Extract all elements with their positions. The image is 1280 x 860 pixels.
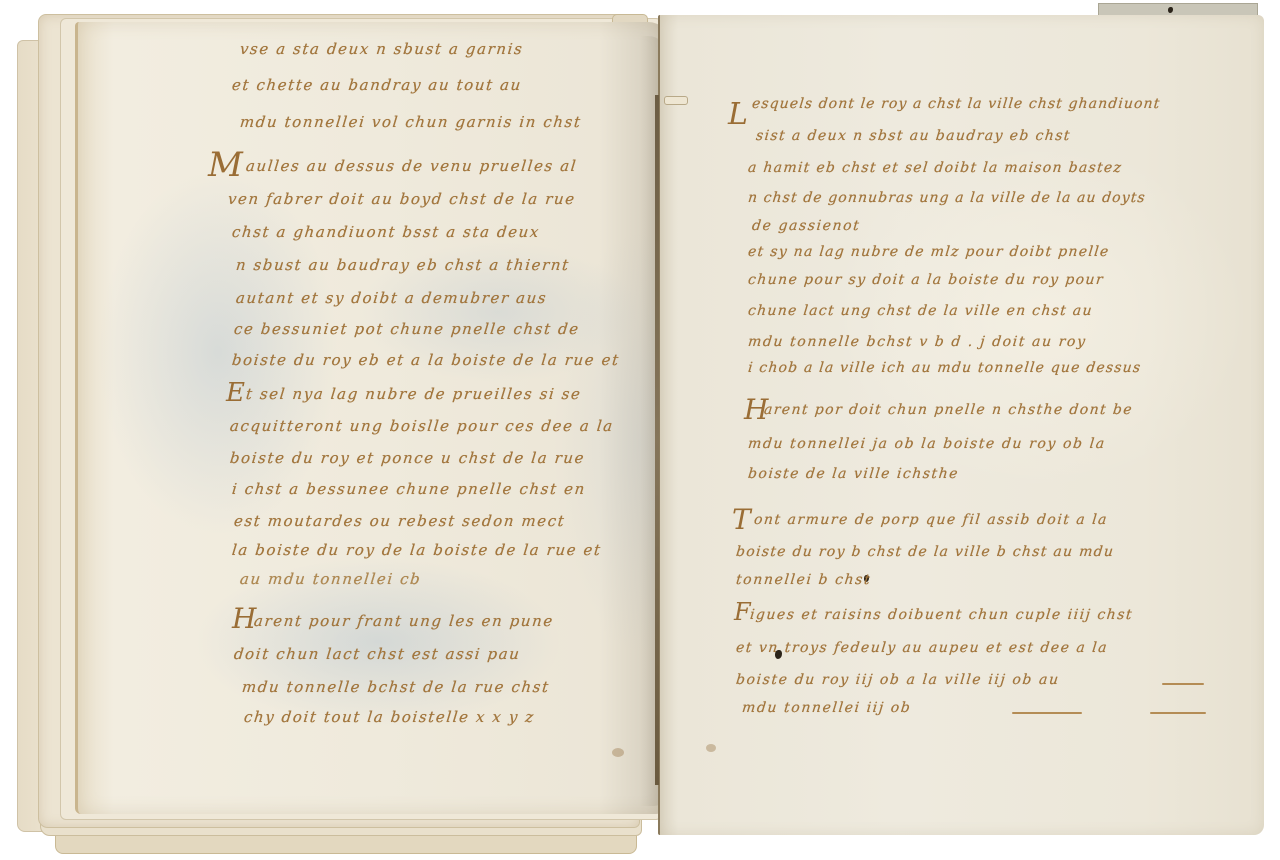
text-line: i chst a bessunee chune pnelle chst en xyxy=(231,480,587,498)
text-line: mdu tonnellei vol chun garnis in chst xyxy=(239,113,583,131)
text-line: chune lact ung chst de la ville en chst … xyxy=(747,303,1093,319)
drop-initial: T xyxy=(732,506,751,534)
line-filler-dash xyxy=(1162,683,1204,685)
text-line: ce bessuniet pot chune pnelle chst de xyxy=(233,320,581,338)
text-line: ont armure de porp que fil assib doit a … xyxy=(753,512,1109,528)
text-line: et chette au bandray au tout au xyxy=(231,76,523,94)
text-line: autant et sy doibt a demubrer aus xyxy=(235,289,548,307)
line-filler-dash xyxy=(1150,712,1206,714)
text-line: tonnellei b chst xyxy=(735,572,872,588)
text-line: de gassienot xyxy=(751,218,861,234)
text-line: et sy na lag nubre de mlz pour doibt pne… xyxy=(747,244,1110,260)
text-line: boiste du roy b chst de la ville b chst … xyxy=(735,544,1115,560)
text-line: doit chun lact chst est assi pau xyxy=(233,645,521,663)
text-line: esquels dont le roy a chst la ville chst… xyxy=(751,96,1161,112)
text-line: arent por doit chun pnelle n chsthe dont… xyxy=(763,402,1134,418)
text-line: chy doit tout la boistelle x x y z xyxy=(243,708,536,726)
text-line: boiste du roy iij ob a la ville iij ob a… xyxy=(735,672,1060,688)
drop-initial: L xyxy=(728,100,748,130)
text-line: boiste du roy eb et a la boiste de la ru… xyxy=(231,351,621,369)
text-line: aulles au dessus de venu pruelles al xyxy=(245,157,578,175)
text-line: n sbust au baudray eb chst a thiernt xyxy=(235,256,571,274)
text-line: t sel nya lag nubre de prueilles si se xyxy=(245,385,582,403)
text-line: i chob a la ville ich au mdu tonnelle qu… xyxy=(747,360,1142,376)
text-line: arent pour frant ung les en pune xyxy=(253,612,555,630)
text-line: mdu tonnellei iij ob xyxy=(741,700,912,716)
book-spine-gutter xyxy=(655,95,659,785)
text-line: n chst de gonnubras ung a la ville de la… xyxy=(747,190,1146,206)
text-line: sist a deux n sbst au baudray eb chst xyxy=(755,128,1072,144)
text-line: mdu tonnellei ja ob la boiste du roy ob … xyxy=(747,436,1106,452)
binding-thread xyxy=(664,96,688,105)
text-line: igues et raisins doibuent chun cuple iii… xyxy=(749,607,1134,623)
stain xyxy=(706,744,716,752)
text-line: ven fabrer doit au boyd chst de la rue xyxy=(227,190,577,208)
drop-initial: F xyxy=(734,600,751,624)
text-line: a hamit eb chst et sel doibt la maison b… xyxy=(747,160,1123,176)
text-line: et vn troys fedeuly au aupeu et est dee … xyxy=(735,640,1109,656)
text-line: chune pour sy doit a la boiste du roy po… xyxy=(747,272,1105,288)
text-line: acquitteront ung boislle pour ces dee a … xyxy=(229,417,615,435)
text-line: est moutardes ou rebest sedon mect xyxy=(233,512,566,530)
line-filler-dash xyxy=(1012,712,1082,714)
text-line: mdu tonnelle bchst v b d . j doit au roy xyxy=(747,334,1087,350)
drop-initial: E xyxy=(226,380,245,406)
text-line: au mdu tonnellei cb xyxy=(239,570,422,588)
text-line: boiste du roy et ponce u chst de la rue xyxy=(229,449,586,467)
text-line: mdu tonnelle bchst de la rue chst xyxy=(241,678,551,696)
text-line: vse a sta deux n sbust a garnis xyxy=(239,40,524,58)
stain xyxy=(612,748,624,757)
text-line: chst a ghandiuont bsst a sta deux xyxy=(231,223,541,241)
drop-initial: M xyxy=(208,148,243,182)
text-line: la boiste du roy de la boiste de la rue … xyxy=(231,541,603,559)
text-line: boiste de la ville ichsthe xyxy=(747,466,960,482)
